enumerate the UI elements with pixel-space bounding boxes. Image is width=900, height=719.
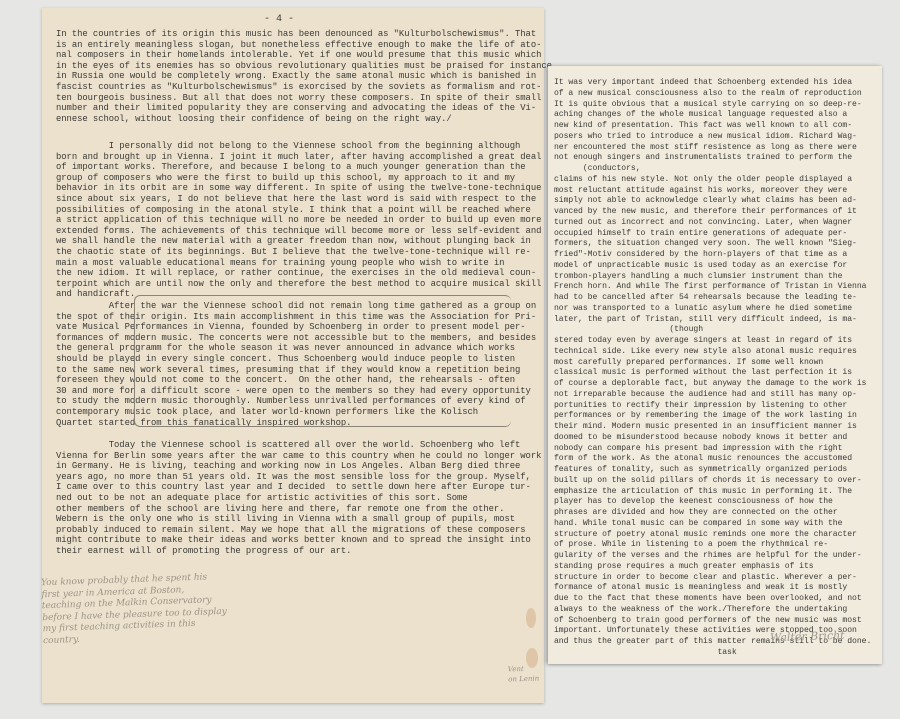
manuscript-insert-page: It was very important indeed that Schoen…: [548, 66, 882, 664]
page-number: - 4 -: [264, 14, 294, 25]
insertion-bracket: [134, 295, 511, 427]
pencil-signature: Walter Bricht: [770, 630, 845, 644]
manuscript-page-4: - 4 - In the countries of its origin thi…: [42, 8, 544, 703]
paragraph-reproduction: It was very important indeed that Schoen…: [554, 78, 871, 659]
paragraph-personal-approach: I personally did not belong to the Vienn…: [56, 141, 541, 300]
pencil-margin-note: You know probably that he spent his firs…: [41, 572, 228, 647]
paragraph-today-scattered: Today the Viennese school is scattered a…: [56, 440, 541, 557]
paper-stain: [526, 648, 538, 668]
paragraph-kulturbolschewismus: In the countries of its origin this musi…: [56, 29, 552, 124]
paper-stain: [526, 608, 536, 628]
